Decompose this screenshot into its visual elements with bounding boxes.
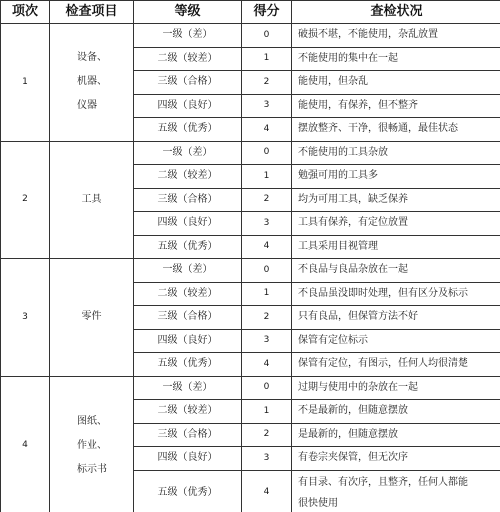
grade-cell: 二级（较差）: [134, 165, 242, 189]
status-cell: 有卷宗夹保管，但无次序: [292, 447, 500, 471]
score-cell: 1: [242, 47, 292, 71]
grade-cell: 五级（优秀）: [134, 235, 242, 259]
section-index: 3: [1, 259, 50, 377]
grade-cell: 四级（良好）: [134, 94, 242, 118]
grade-cell: 三级（合格）: [134, 188, 242, 212]
status-cell: 只有良品，但保管方法不好: [292, 306, 500, 330]
section-index: 4: [1, 376, 50, 512]
score-cell: 0: [242, 376, 292, 400]
item-line: 图纸、: [77, 410, 133, 434]
header-score: 得分: [242, 1, 292, 24]
header-row: 项次 检查项目 等级 得分 查检状况: [1, 1, 500, 24]
header-grade: 等级: [134, 1, 242, 24]
grade-cell: 三级（合格）: [134, 423, 242, 447]
score-cell: 2: [242, 188, 292, 212]
score-cell: 4: [242, 470, 292, 512]
status-cell: 不良品与良品杂放在一起: [292, 259, 500, 283]
grade-cell: 五级（优秀）: [134, 353, 242, 377]
grade-cell: 三级（合格）: [134, 71, 242, 95]
status-cell: 有目录、有次序，且整齐，任何人都能 很快使用: [292, 470, 500, 512]
item-line: 仪器: [77, 94, 133, 118]
grade-cell: 一级（差）: [134, 141, 242, 165]
grade-cell: 二级（较差）: [134, 47, 242, 71]
grade-cell: 五级（优秀）: [134, 118, 242, 142]
status-cell: 不良品虽没即时处理，但有区分及标示: [292, 282, 500, 306]
grade-cell: 一级（差）: [134, 24, 242, 48]
status-line: 很快使用: [298, 493, 500, 512]
inspection-table: 项次 检查项目 等级 得分 查检状况 1 设备、 机器、 仪器 一级（差） 0 …: [0, 0, 500, 512]
score-cell: 3: [242, 212, 292, 236]
table-row: 3 零件 一级（差） 0 不良品与良品杂放在一起: [1, 259, 500, 283]
status-cell: 工具有保养，有定位放置: [292, 212, 500, 236]
score-cell: 2: [242, 306, 292, 330]
grade-cell: 五级（优秀）: [134, 470, 242, 512]
status-cell: 摆放整齐、干净，很畅通，最佳状态: [292, 118, 500, 142]
grade-cell: 三级（合格）: [134, 306, 242, 330]
status-line: 有目录、有次序，且整齐，任何人都能: [298, 472, 500, 493]
header-index: 项次: [1, 1, 50, 24]
table-row: 4 图纸、 作业、 标示书 一级（差） 0 过期与使用中的杂放在一起: [1, 376, 500, 400]
grade-cell: 一级（差）: [134, 259, 242, 283]
section-item: 工具: [50, 141, 134, 259]
status-cell: 过期与使用中的杂放在一起: [292, 376, 500, 400]
header-item: 检查项目: [50, 1, 134, 24]
table-row: 1 设备、 机器、 仪器 一级（差） 0 破损不堪，不能使用，杂乱放置: [1, 24, 500, 48]
grade-cell: 二级（较差）: [134, 282, 242, 306]
section-item: 设备、 机器、 仪器: [50, 24, 134, 142]
status-cell: 保管有定位标示: [292, 329, 500, 353]
score-cell: 4: [242, 353, 292, 377]
score-cell: 3: [242, 447, 292, 471]
status-cell: 不能使用的工具杂放: [292, 141, 500, 165]
section-index: 2: [1, 141, 50, 259]
score-cell: 3: [242, 94, 292, 118]
score-cell: 0: [242, 24, 292, 48]
header-status: 查检状况: [292, 1, 500, 24]
item-line: 机器、: [77, 70, 133, 94]
score-cell: 4: [242, 118, 292, 142]
status-cell: 不是最新的，但随意摆放: [292, 400, 500, 424]
status-cell: 是最新的，但随意摆放: [292, 423, 500, 447]
grade-cell: 四级（良好）: [134, 329, 242, 353]
score-cell: 2: [242, 423, 292, 447]
grade-cell: 一级（差）: [134, 376, 242, 400]
item-line: 作业、: [77, 434, 133, 458]
status-cell: 保管有定位，有图示，任何人均很清楚: [292, 353, 500, 377]
status-cell: 破损不堪，不能使用，杂乱放置: [292, 24, 500, 48]
score-cell: 1: [242, 165, 292, 189]
status-cell: 勉强可用的工具多: [292, 165, 500, 189]
grade-cell: 四级（良好）: [134, 212, 242, 236]
table-row: 2 工具 一级（差） 0 不能使用的工具杂放: [1, 141, 500, 165]
item-line: 设备、: [77, 46, 133, 70]
score-cell: 0: [242, 141, 292, 165]
score-cell: 1: [242, 282, 292, 306]
status-cell: 工具采用目视管理: [292, 235, 500, 259]
score-cell: 1: [242, 400, 292, 424]
status-cell: 能使用，但杂乱: [292, 71, 500, 95]
grade-cell: 四级（良好）: [134, 447, 242, 471]
score-cell: 0: [242, 259, 292, 283]
item-line: 标示书: [77, 458, 133, 482]
section-item: 图纸、 作业、 标示书: [50, 376, 134, 512]
section-item: 零件: [50, 259, 134, 377]
section-index: 1: [1, 24, 50, 142]
status-cell: 不能使用的集中在一起: [292, 47, 500, 71]
score-cell: 4: [242, 235, 292, 259]
score-cell: 2: [242, 71, 292, 95]
score-cell: 3: [242, 329, 292, 353]
status-cell: 均为可用工具，缺乏保养: [292, 188, 500, 212]
status-cell: 能使用，有保养，但不整齐: [292, 94, 500, 118]
grade-cell: 二级（较差）: [134, 400, 242, 424]
